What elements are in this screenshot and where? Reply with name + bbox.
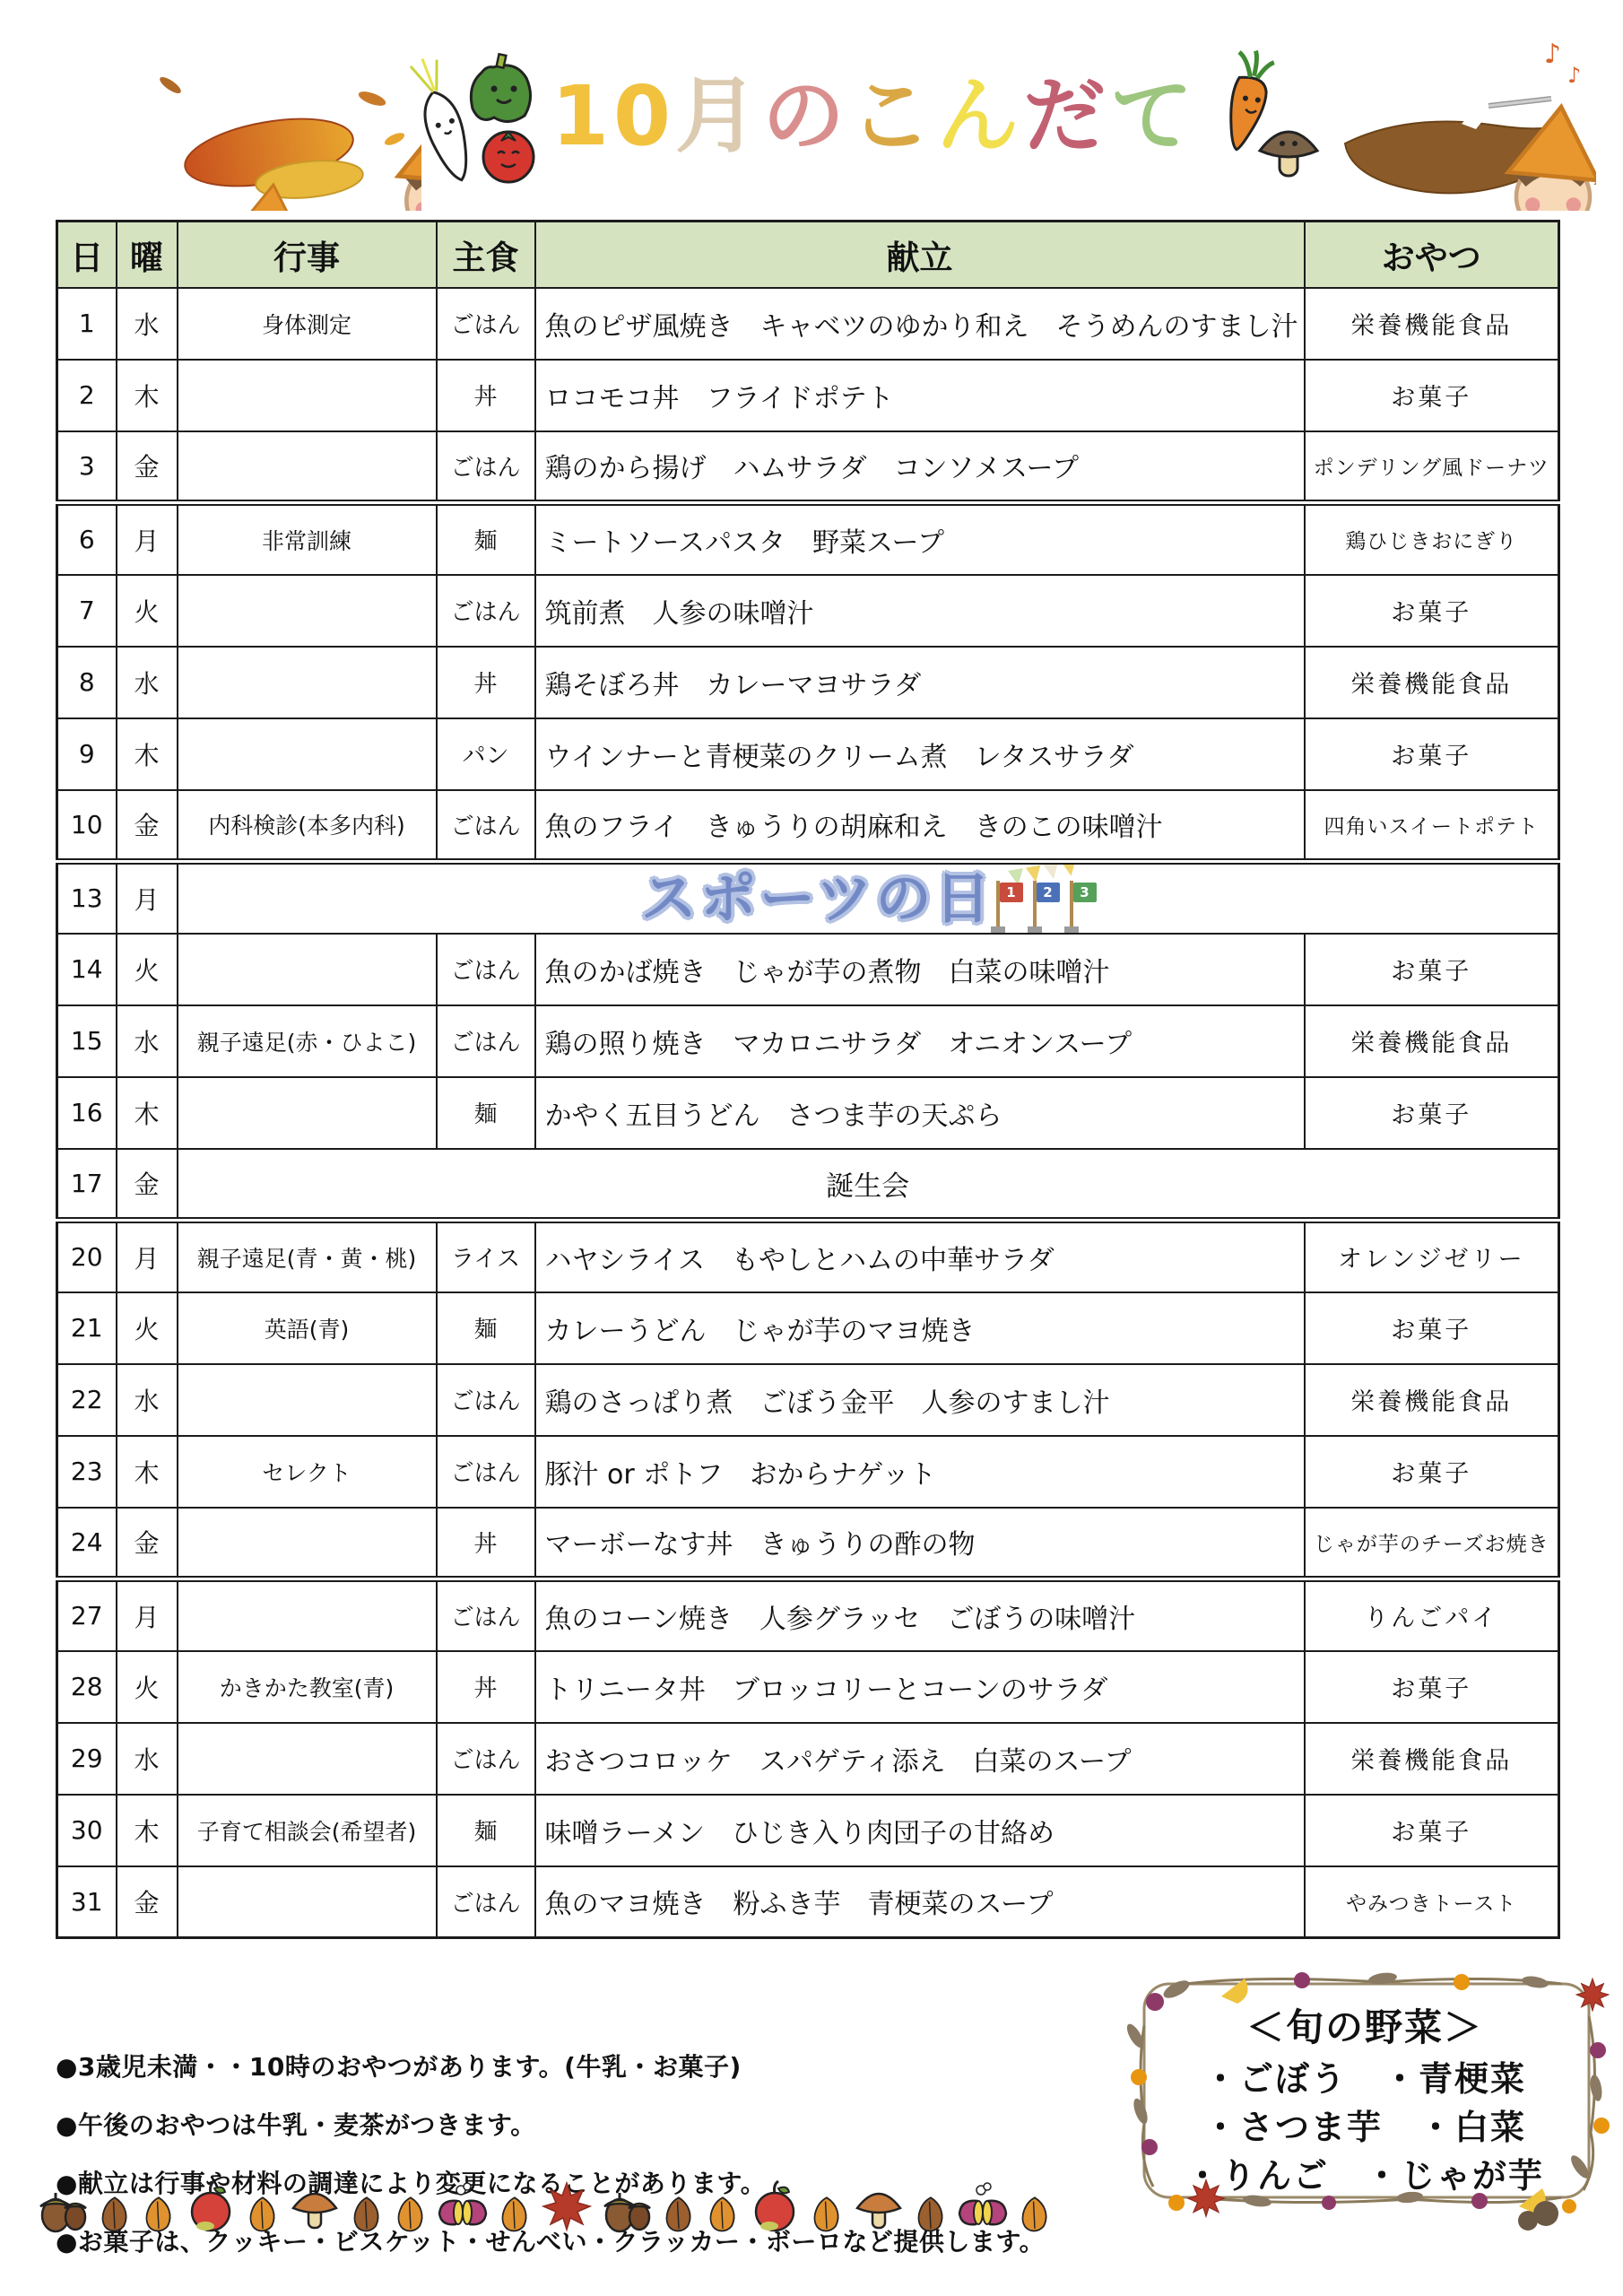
weekday-cell: 木 <box>117 1077 178 1149</box>
snack-cell: やみつきトースト <box>1305 1866 1559 1938</box>
menu-cell: かやく五目うどん さつま芋の天ぷら <box>535 1077 1305 1149</box>
snack-cell: お菓子 <box>1305 1077 1559 1149</box>
event-cell: 親子遠足(赤・ひよこ) <box>178 1005 437 1077</box>
day-cell: 7 <box>57 575 117 647</box>
weekday-cell: 金 <box>117 1149 178 1221</box>
day-cell: 13 <box>57 862 117 934</box>
staple-cell: ごはん <box>437 431 535 503</box>
menu-row-day-8: 8水丼鶏そぼろ丼 カレーマヨサラダ栄養機能食品 <box>57 647 1559 718</box>
day-cell: 28 <box>57 1651 117 1723</box>
title-char: の <box>762 75 849 158</box>
left-fairies-illustration <box>99 31 421 211</box>
day-cell: 17 <box>57 1149 117 1221</box>
title-char: 10 <box>551 75 675 158</box>
menu-cell: ロコモコ丼 フライドポテト <box>535 360 1305 431</box>
staple-cell: 丼 <box>437 360 535 431</box>
sports-day-label: スポーツの日 <box>641 871 994 926</box>
staple-cell: 丼 <box>437 1508 535 1579</box>
menu-cell: トリニータ丼 ブロッコリーとコーンのサラダ <box>535 1651 1305 1723</box>
menu-table-body: 1水身体測定ごはん魚のピザ風焼き キャベツのゆかり和え そうめんのすまし汁栄養機… <box>57 288 1559 1938</box>
menu-cell: 鶏のから揚げ ハムサラダ コンソメスープ <box>535 431 1305 503</box>
mushroom-icon <box>286 2178 343 2235</box>
leaf-orange-icon <box>138 2194 179 2235</box>
day-cell: 22 <box>57 1364 117 1436</box>
snack-cell: お菓子 <box>1305 360 1559 431</box>
event-cell <box>178 360 437 431</box>
day-cell: 20 <box>57 1221 117 1292</box>
menu-page: 10月のこんだて <box>0 0 1623 2296</box>
menu-cell: カレーうどん じゃが芋のマヨ焼き <box>535 1292 1305 1364</box>
weekday-cell: 火 <box>117 1292 178 1364</box>
menu-row-day-9: 9木パンウインナーと青梗菜のクリーム煮 レタスサラダお菓子 <box>57 718 1559 790</box>
event-cell: 子育て相談会(希望者) <box>178 1795 437 1866</box>
event-cell: かきかた教室(青) <box>178 1651 437 1723</box>
right-fairies-illustration: ♪ ♪ <box>1327 27 1596 211</box>
music-note-icon: ♪ <box>1567 63 1581 88</box>
event-cell <box>178 1364 437 1436</box>
menu-cell: おさつコロッケ スパゲティ添え 白菜のスープ <box>535 1723 1305 1795</box>
day-cell: 10 <box>57 790 117 862</box>
mushroom-icon <box>850 2178 907 2235</box>
season-vegetable-line: ・さつま芋 ・白菜 <box>1150 2104 1580 2152</box>
staple-cell: 丼 <box>437 1651 535 1723</box>
staple-cell: ごはん <box>437 790 535 862</box>
menu-row-day-20: 20月親子遠足(青・黄・桃)ライスハヤシライス もやしとハムの中華サラダオレンジ… <box>57 1221 1559 1292</box>
menu-cell: 魚のマヨ焼き 粉ふき芋 青梗菜のスープ <box>535 1866 1305 1938</box>
sports-day-cell: スポーツの日123 <box>178 862 1559 934</box>
snack-cell: お菓子 <box>1305 1436 1559 1508</box>
snack-cell: お菓子 <box>1305 934 1559 1005</box>
header-day: 日 <box>57 222 117 288</box>
menu-row-day-30: 30木子育て相談会(希望者)麺味噌ラーメン ひじき入り肉団子の甘絡めお菓子 <box>57 1795 1559 1866</box>
menu-row-day-3: 3金ごはん鶏のから揚げ ハムサラダ コンソメスープポンデリング風ドーナツ <box>57 431 1559 503</box>
leaf-orange-icon <box>242 2194 283 2235</box>
day-cell: 24 <box>57 1508 117 1579</box>
apple-icon <box>182 2178 239 2235</box>
event-cell <box>178 1508 437 1579</box>
seasonal-vegetables-box: ＜旬の野菜＞ ・ごぼう ・青梗菜・さつま芋 ・白菜・りんご ・じゃが芋 <box>1114 1971 1623 2240</box>
day-cell: 6 <box>57 503 117 575</box>
autumn-decor-strip <box>34 2163 1115 2235</box>
day-cell: 1 <box>57 288 117 360</box>
weekday-cell: 水 <box>117 647 178 718</box>
event-cell <box>178 1077 437 1149</box>
staple-cell: ごはん <box>437 1364 535 1436</box>
menu-cell: 鶏のさっぱり煮 ごぼう金平 人参のすまし汁 <box>535 1364 1305 1436</box>
menu-cell: 鶏の照り焼き マカロニサラダ オニオンスープ <box>535 1005 1305 1077</box>
staple-cell: 麺 <box>437 503 535 575</box>
leaf-brown-icon <box>910 2194 951 2235</box>
weekday-cell: 火 <box>117 575 178 647</box>
header-snack: おやつ <box>1305 222 1559 288</box>
music-note-icon: ♪ <box>1544 39 1561 70</box>
weekday-cell: 金 <box>117 790 178 862</box>
leaf-brown-icon <box>346 2194 387 2235</box>
staple-cell: ごはん <box>437 1723 535 1795</box>
numbered-flag-icon: 2 <box>1033 881 1065 931</box>
acorn-icon <box>34 2178 91 2235</box>
event-cell: 非常訓練 <box>178 503 437 575</box>
menu-row-day-13: 13月スポーツの日123 <box>57 862 1559 934</box>
menu-row-day-15: 15水親子遠足(赤・ひよこ)ごはん鶏の照り焼き マカロニサラダ オニオンスープ栄… <box>57 1005 1559 1077</box>
header-menu: 献立 <box>535 222 1305 288</box>
event-cell: 親子遠足(青・黄・桃) <box>178 1221 437 1292</box>
weekday-cell: 水 <box>117 1364 178 1436</box>
menu-row-day-29: 29水ごはんおさつコロッケ スパゲティ添え 白菜のスープ栄養機能食品 <box>57 1723 1559 1795</box>
leaf-orange-icon <box>806 2194 847 2235</box>
menu-row-day-28: 28火かきかた教室(青)丼トリニータ丼 ブロッコリーとコーンのサラダお菓子 <box>57 1651 1559 1723</box>
header-staple: 主食 <box>437 222 535 288</box>
menu-cell: 魚のコーン焼き 人参グラッセ ごぼうの味噌汁 <box>535 1579 1305 1651</box>
pennant-icon <box>1043 862 1061 881</box>
event-cell <box>178 718 437 790</box>
event-cell <box>178 1579 437 1651</box>
staple-cell: ごはん <box>437 575 535 647</box>
staple-cell: 麺 <box>437 1077 535 1149</box>
menu-row-day-1: 1水身体測定ごはん魚のピザ風焼き キャベツのゆかり和え そうめんのすまし汁栄養機… <box>57 288 1559 360</box>
menu-cell: 味噌ラーメン ひじき入り肉団子の甘絡め <box>535 1795 1305 1866</box>
weekday-cell: 水 <box>117 288 178 360</box>
staple-cell: ライス <box>437 1221 535 1292</box>
menu-row-day-24: 24金丼マーボーなす丼 きゅうりの酢の物じゃが芋のチーズお焼き <box>57 1508 1559 1579</box>
event-cell <box>178 934 437 1005</box>
numbered-flag-icon: 3 <box>1070 881 1102 931</box>
sweet-potato-icon <box>434 2178 491 2235</box>
weekday-cell: 金 <box>117 431 178 503</box>
menu-cell: 鶏そぼろ丼 カレーマヨサラダ <box>535 647 1305 718</box>
table-header-row: 日 曜 行事 主食 献立 おやつ <box>57 222 1559 288</box>
weekday-cell: 火 <box>117 934 178 1005</box>
staple-cell: ごはん <box>437 1866 535 1938</box>
note-line: ●3歳児未満・・10時のおやつがあります。(牛乳・お菓子) <box>56 2048 1096 2083</box>
season-lines: ・ごぼう ・青梗菜・さつま芋 ・白菜・りんご ・じゃが芋 <box>1150 2056 1580 2201</box>
leaf-orange-icon <box>1014 2194 1055 2235</box>
title-char: だ <box>1023 75 1110 158</box>
snack-cell: お菓子 <box>1305 1795 1559 1866</box>
page-title: 10月のこんだて <box>551 75 1197 158</box>
pennant-icon <box>1061 862 1079 877</box>
vegetables-illustration-left <box>408 40 542 193</box>
event-cell <box>178 431 437 503</box>
weekday-cell: 水 <box>117 1005 178 1077</box>
day-cell: 3 <box>57 431 117 503</box>
snack-cell: 栄養機能食品 <box>1305 288 1559 360</box>
day-cell: 14 <box>57 934 117 1005</box>
snack-cell: お菓子 <box>1305 1292 1559 1364</box>
menu-row-day-27: 27月ごはん魚のコーン焼き 人参グラッセ ごぼうの味噌汁りんごパイ <box>57 1579 1559 1651</box>
weekday-cell: 木 <box>117 360 178 431</box>
menu-cell: 魚のかば焼き じゃが芋の煮物 白菜の味噌汁 <box>535 934 1305 1005</box>
menu-row-day-22: 22水ごはん鶏のさっぱり煮 ごぼう金平 人参のすまし汁栄養機能食品 <box>57 1364 1559 1436</box>
day-cell: 2 <box>57 360 117 431</box>
day-cell: 21 <box>57 1292 117 1364</box>
season-vegetable-line: ・ごぼう ・青梗菜 <box>1150 2056 1580 2104</box>
snack-cell: オレンジゼリー <box>1305 1221 1559 1292</box>
event-cell: 身体測定 <box>178 288 437 360</box>
event-cell: セレクト <box>178 1436 437 1508</box>
weekday-cell: 月 <box>117 862 178 934</box>
snack-cell: 鶏ひじきおにぎり <box>1305 503 1559 575</box>
birthday-cell: 誕生会 <box>178 1149 1559 1221</box>
event-cell <box>178 1866 437 1938</box>
day-cell: 15 <box>57 1005 117 1077</box>
menu-cell: マーボーなす丼 きゅうりの酢の物 <box>535 1508 1305 1579</box>
snack-cell: 四角いスイートポテト <box>1305 790 1559 862</box>
snack-cell: ポンデリング風ドーナツ <box>1305 431 1559 503</box>
weekday-cell: 月 <box>117 503 178 575</box>
staple-cell: 丼 <box>437 647 535 718</box>
note-line: ●午後のおやつは牛乳・麦茶がつきます。 <box>56 2106 1096 2142</box>
menu-cell: ウインナーと青梗菜のクリーム煮 レタスサラダ <box>535 718 1305 790</box>
event-cell: 内科検診(本多内科) <box>178 790 437 862</box>
snack-cell: 栄養機能食品 <box>1305 1364 1559 1436</box>
day-cell: 31 <box>57 1866 117 1938</box>
numbered-flag-icon: 1 <box>996 881 1028 931</box>
staple-cell: ごはん <box>437 288 535 360</box>
leaf-brown-icon <box>658 2194 699 2235</box>
menu-row-day-16: 16木麺かやく五目うどん さつま芋の天ぷらお菓子 <box>57 1077 1559 1149</box>
banner: 10月のこんだて <box>0 0 1623 215</box>
day-cell: 16 <box>57 1077 117 1149</box>
menu-cell: 魚のフライ きゅうりの胡麻和え きのこの味噌汁 <box>535 790 1305 862</box>
maple-leaf-icon <box>538 2178 595 2235</box>
header-weekday: 曜 <box>117 222 178 288</box>
menu-cell: 筑前煮 人参の味噌汁 <box>535 575 1305 647</box>
menu-row-day-17: 17金誕生会 <box>57 1149 1559 1221</box>
acorn-icon <box>598 2178 655 2235</box>
weekday-cell: 木 <box>117 718 178 790</box>
menu-row-day-14: 14火ごはん魚のかば焼き じゃが芋の煮物 白菜の味噌汁お菓子 <box>57 934 1559 1005</box>
staple-cell: ごはん <box>437 1579 535 1651</box>
title-char: て <box>1110 75 1197 158</box>
snack-cell: お菓子 <box>1305 1651 1559 1723</box>
staple-cell: 麺 <box>437 1795 535 1866</box>
weekday-cell: 木 <box>117 1436 178 1508</box>
day-cell: 29 <box>57 1723 117 1795</box>
staple-cell: ごはん <box>437 1005 535 1077</box>
leaf-orange-icon <box>390 2194 431 2235</box>
header-event: 行事 <box>178 222 437 288</box>
event-cell <box>178 647 437 718</box>
staple-cell: パン <box>437 718 535 790</box>
sports-flags-illustration: 123 <box>996 866 1095 931</box>
weekday-cell: 火 <box>117 1651 178 1723</box>
day-cell: 30 <box>57 1795 117 1866</box>
weekday-cell: 金 <box>117 1508 178 1579</box>
season-box-title: ＜旬の野菜＞ <box>1150 1998 1580 2052</box>
menu-cell: 魚のピザ風焼き キャベツのゆかり和え そうめんのすまし汁 <box>535 288 1305 360</box>
weekday-cell: 月 <box>117 1579 178 1651</box>
leaf-brown-icon <box>94 2194 135 2235</box>
staple-cell: ごはん <box>437 1436 535 1508</box>
staple-cell: 麺 <box>437 1292 535 1364</box>
menu-row-day-23: 23木セレクトごはん豚汁 or ポトフ おからナゲットお菓子 <box>57 1436 1559 1508</box>
staple-cell: ごはん <box>437 934 535 1005</box>
snack-cell: りんごパイ <box>1305 1579 1559 1651</box>
snack-cell: お菓子 <box>1305 718 1559 790</box>
snack-cell: 栄養機能食品 <box>1305 647 1559 718</box>
season-vegetable-line: ・りんご ・じゃが芋 <box>1150 2152 1580 2201</box>
menu-table: 日 曜 行事 主食 献立 おやつ 1水身体測定ごはん魚のピザ風焼き キャベツのゆ… <box>56 220 1560 1939</box>
sweet-potato-icon <box>954 2178 1011 2235</box>
menu-cell: ハヤシライス もやしとハムの中華サラダ <box>535 1221 1305 1292</box>
menu-row-day-2: 2木丼ロコモコ丼 フライドポテトお菓子 <box>57 360 1559 431</box>
menu-row-day-21: 21火英語(青)麺カレーうどん じゃが芋のマヨ焼きお菓子 <box>57 1292 1559 1364</box>
snack-cell: じゃが芋のチーズお焼き <box>1305 1508 1559 1579</box>
menu-cell: 豚汁 or ポトフ おからナゲット <box>535 1436 1305 1508</box>
day-cell: 8 <box>57 647 117 718</box>
menu-cell: ミートソースパスタ 野菜スープ <box>535 503 1305 575</box>
snack-cell: 栄養機能食品 <box>1305 1005 1559 1077</box>
weekday-cell: 金 <box>117 1866 178 1938</box>
chestnut-icon <box>1518 2211 1538 2231</box>
snack-cell: お菓子 <box>1305 575 1559 647</box>
weekday-cell: 水 <box>117 1723 178 1795</box>
event-cell <box>178 575 437 647</box>
apple-icon <box>746 2178 803 2235</box>
event-cell: 英語(青) <box>178 1292 437 1364</box>
vegetables-illustration-right <box>1206 43 1323 191</box>
menu-row-day-6: 6月非常訓練麺ミートソースパスタ 野菜スープ鶏ひじきおにぎり <box>57 503 1559 575</box>
day-cell: 23 <box>57 1436 117 1508</box>
menu-row-day-7: 7火ごはん筑前煮 人参の味噌汁お菓子 <box>57 575 1559 647</box>
event-cell <box>178 1723 437 1795</box>
menu-row-day-31: 31金ごはん魚のマヨ焼き 粉ふき芋 青梗菜のスープやみつきトースト <box>57 1866 1559 1938</box>
title-char: こ <box>849 75 936 158</box>
title-char: ん <box>936 75 1023 158</box>
leaf-orange-icon <box>702 2194 743 2235</box>
title-char: 月 <box>675 75 762 158</box>
weekday-cell: 月 <box>117 1221 178 1292</box>
leaf-orange-icon <box>494 2194 535 2235</box>
weekday-cell: 木 <box>117 1795 178 1866</box>
day-cell: 27 <box>57 1579 117 1651</box>
menu-row-day-10: 10金内科検診(本多内科)ごはん魚のフライ きゅうりの胡麻和え きのこの味噌汁四… <box>57 790 1559 862</box>
snack-cell: 栄養機能食品 <box>1305 1723 1559 1795</box>
day-cell: 9 <box>57 718 117 790</box>
